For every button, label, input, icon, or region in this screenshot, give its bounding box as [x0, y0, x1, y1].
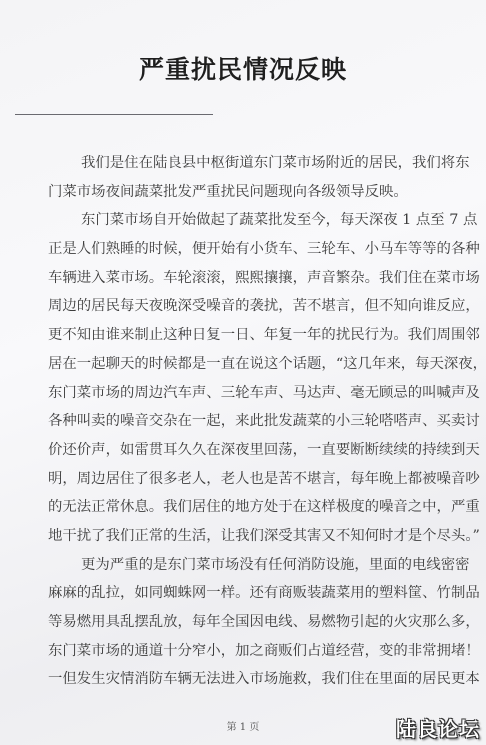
body-line: 门菜市场夜间蔬菜批发严重扰民问题现向各级领导反映。	[48, 178, 408, 207]
body-line: 东门菜市场自开始做起了蔬菜批发至今，每天深夜 1 点至 7 点	[48, 206, 408, 235]
body-line: 正是人们熟睡的时候，便开始有小货车、三轮车、小马车等等的各种	[48, 235, 408, 264]
body-line: 东门菜市场的通道十分窄小，加之商贩们占道经营，变的非常拥堵！	[48, 637, 408, 666]
body-line: 价还价声，如雷贯耳久久在深夜里回荡，一直要断断续续的持续到天	[48, 436, 408, 465]
body-line: 地干扰了我们正常的生活，让我们深受其害又不知何时才是个尽头。”	[48, 522, 408, 551]
body-line: 周边的居民每天夜晚深受噪音的袭扰，苦不堪言，但不知向谁反应，	[48, 292, 408, 321]
body-line: 的无法正常休息。我们居住的地方处于在这样极度的噪音之中，严重	[48, 493, 408, 522]
body-line: 等易燃用具乱摆乱放，每年全国因电线、易燃物引起的火灾那么多，	[48, 608, 408, 637]
body-line: 各种叫卖的噪音交杂在一起，来此批发蔬菜的小三轮嗒嗒声、买卖讨	[48, 407, 408, 436]
body-line: 车辆进入菜市场。车轮滚滚，熙熙攘攘，声音繁杂。我们住在菜市场	[48, 264, 408, 293]
body-line: 明，周边居住了很多老人，老人也是苦不堪言，每年晚上都被噪音吵	[48, 465, 408, 494]
body-line: 一但发生灾情消防车辆无法进入市场施救，我们住在里面的居民更本	[48, 665, 408, 694]
body-line: 居在一起聊天的时候都是一直在说这个话题，“这几年来，每天深夜，	[48, 350, 408, 379]
body-line: 更不知由谁来制止这种日复一日、年复一年的扰民行为。我们周围邻	[48, 321, 408, 350]
body-line: 更为严重的是东门菜市场没有任何消防设施，里面的电线密密	[48, 551, 408, 580]
body-line: 我们是住在陆良县中枢街道东门菜市场附近的居民，我们将东	[48, 149, 408, 178]
body-line: 东门菜市场的周边汽车声、三轮车声、马达声、毫无顾忌的叫喊声及	[48, 379, 408, 408]
body-line: 麻麻的乱拉，如同蜘蛛网一样。还有商贩装蔬菜用的塑料筐、竹制品	[48, 579, 408, 608]
document-body: 我们是住在陆良县中枢街道东门菜市场附近的居民，我们将东 门菜市场夜间蔬菜批发严重…	[48, 149, 408, 694]
document-title: 严重扰民情况反映	[0, 50, 486, 86]
forum-watermark: 陆良论坛	[396, 713, 480, 742]
header-rule	[15, 114, 213, 115]
